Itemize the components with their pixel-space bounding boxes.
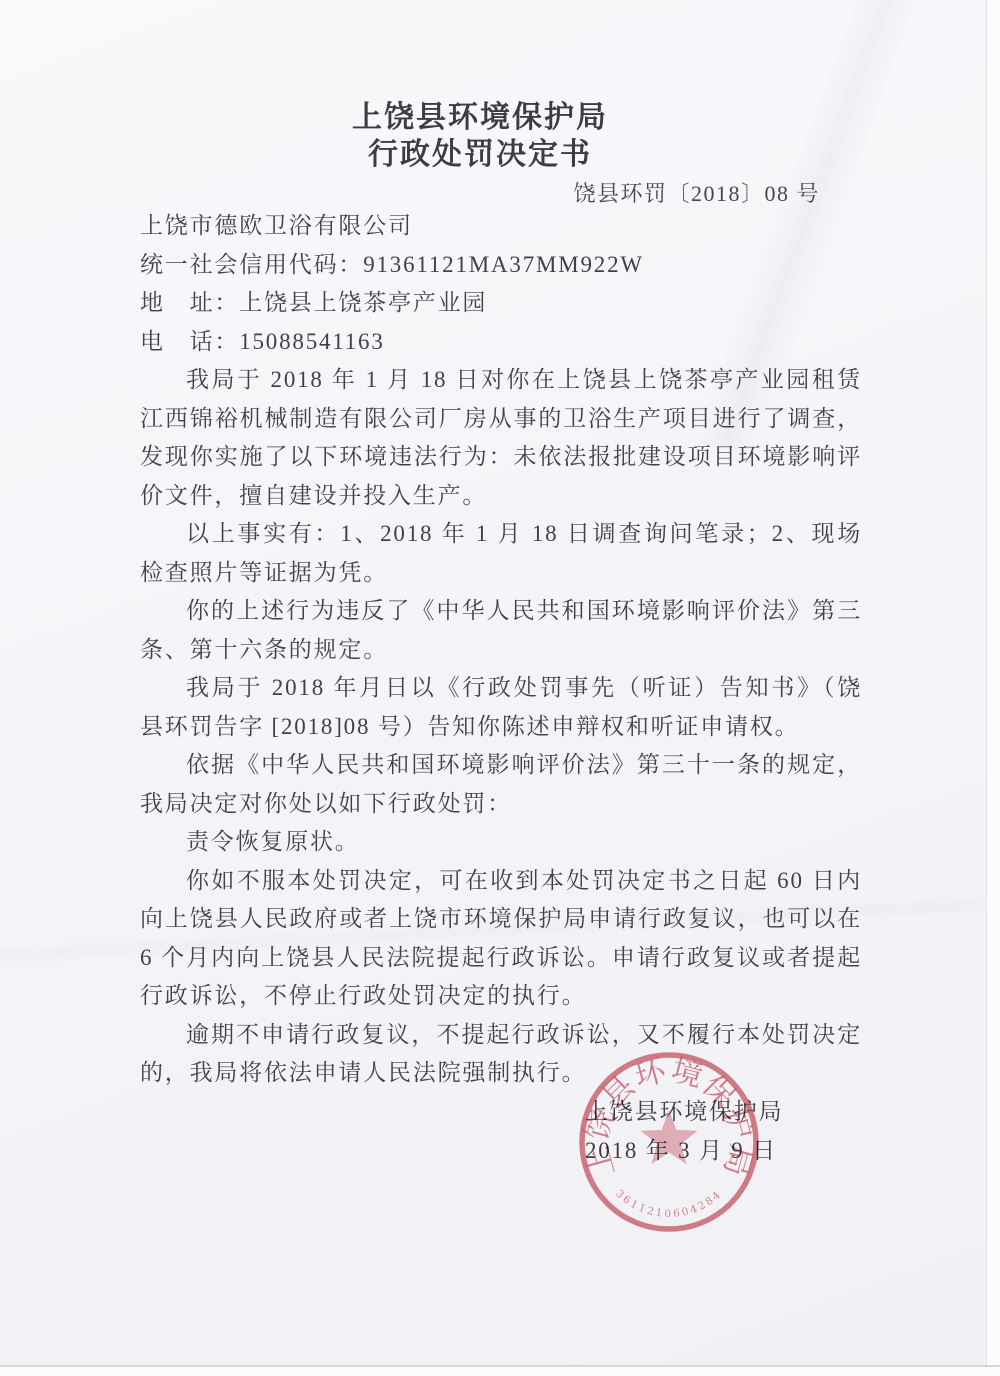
- stamp-serial-holder: 3611210604284: [613, 1188, 725, 1220]
- paragraph-penalty: 责令恢复原状。: [140, 823, 862, 862]
- paragraph-evidence: 以上事实有：1、2018 年 1 月 18 日调查询问笔录；2、现场检查照片等证…: [140, 515, 862, 592]
- document-body: 上饶市德欧卫浴有限公司 统一社会信用代码：91361121MA37MM922W …: [140, 207, 862, 1093]
- recipient-address: 地 址：上饶县上饶茶亭产业园: [140, 284, 862, 323]
- recipient-company: 上饶市德欧卫浴有限公司: [140, 207, 862, 246]
- paragraph-investigation: 我局于 2018 年 1 月 18 日对你在上饶县上饶茶亭产业园租赁江西锦裕机械…: [140, 361, 862, 515]
- title-line-1: 上饶县环境保护局: [0, 99, 960, 136]
- scanned-document-page: 上饶县环境保护局 行政处罚决定书 饶县环罚〔2018〕08 号 上饶市德欧卫浴有…: [0, 0, 1000, 1376]
- official-seal-stamp: 上饶县环境保护局 3611210604284: [575, 1048, 763, 1236]
- star-icon: [641, 1110, 698, 1164]
- recipient-phone: 电 话：15088541163: [140, 323, 862, 362]
- title-line-2: 行政处罚决定书: [0, 136, 960, 173]
- scanner-edge-right: [986, 0, 1000, 1376]
- stamp-serial-number: 3611210604284: [613, 1188, 725, 1220]
- paragraph-prior-notice: 我局于 2018 年月日以《行政处罚事先（听证）告知书》（饶县环罚告字 [201…: [140, 669, 862, 746]
- paragraph-appeal-rights: 你如不服本处罚决定，可在收到本处罚决定书之日起 60 日内向上饶县人民政府或者上…: [140, 862, 862, 1016]
- paragraph-violation: 你的上述行为违反了《中华人民共和国环境影响评价法》第三条、第十六条的规定。: [140, 592, 862, 669]
- recipient-credit-code: 统一社会信用代码：91361121MA37MM922W: [140, 246, 862, 285]
- paragraph-legal-basis: 依据《中华人民共和国环境影响评价法》第三十一条的规定，我局决定对你处以如下行政处…: [140, 746, 862, 823]
- document-title: 上饶县环境保护局 行政处罚决定书: [0, 99, 960, 173]
- document-number: 饶县环罚〔2018〕08 号: [573, 177, 820, 208]
- scanner-edge-bottom: [0, 1365, 1000, 1376]
